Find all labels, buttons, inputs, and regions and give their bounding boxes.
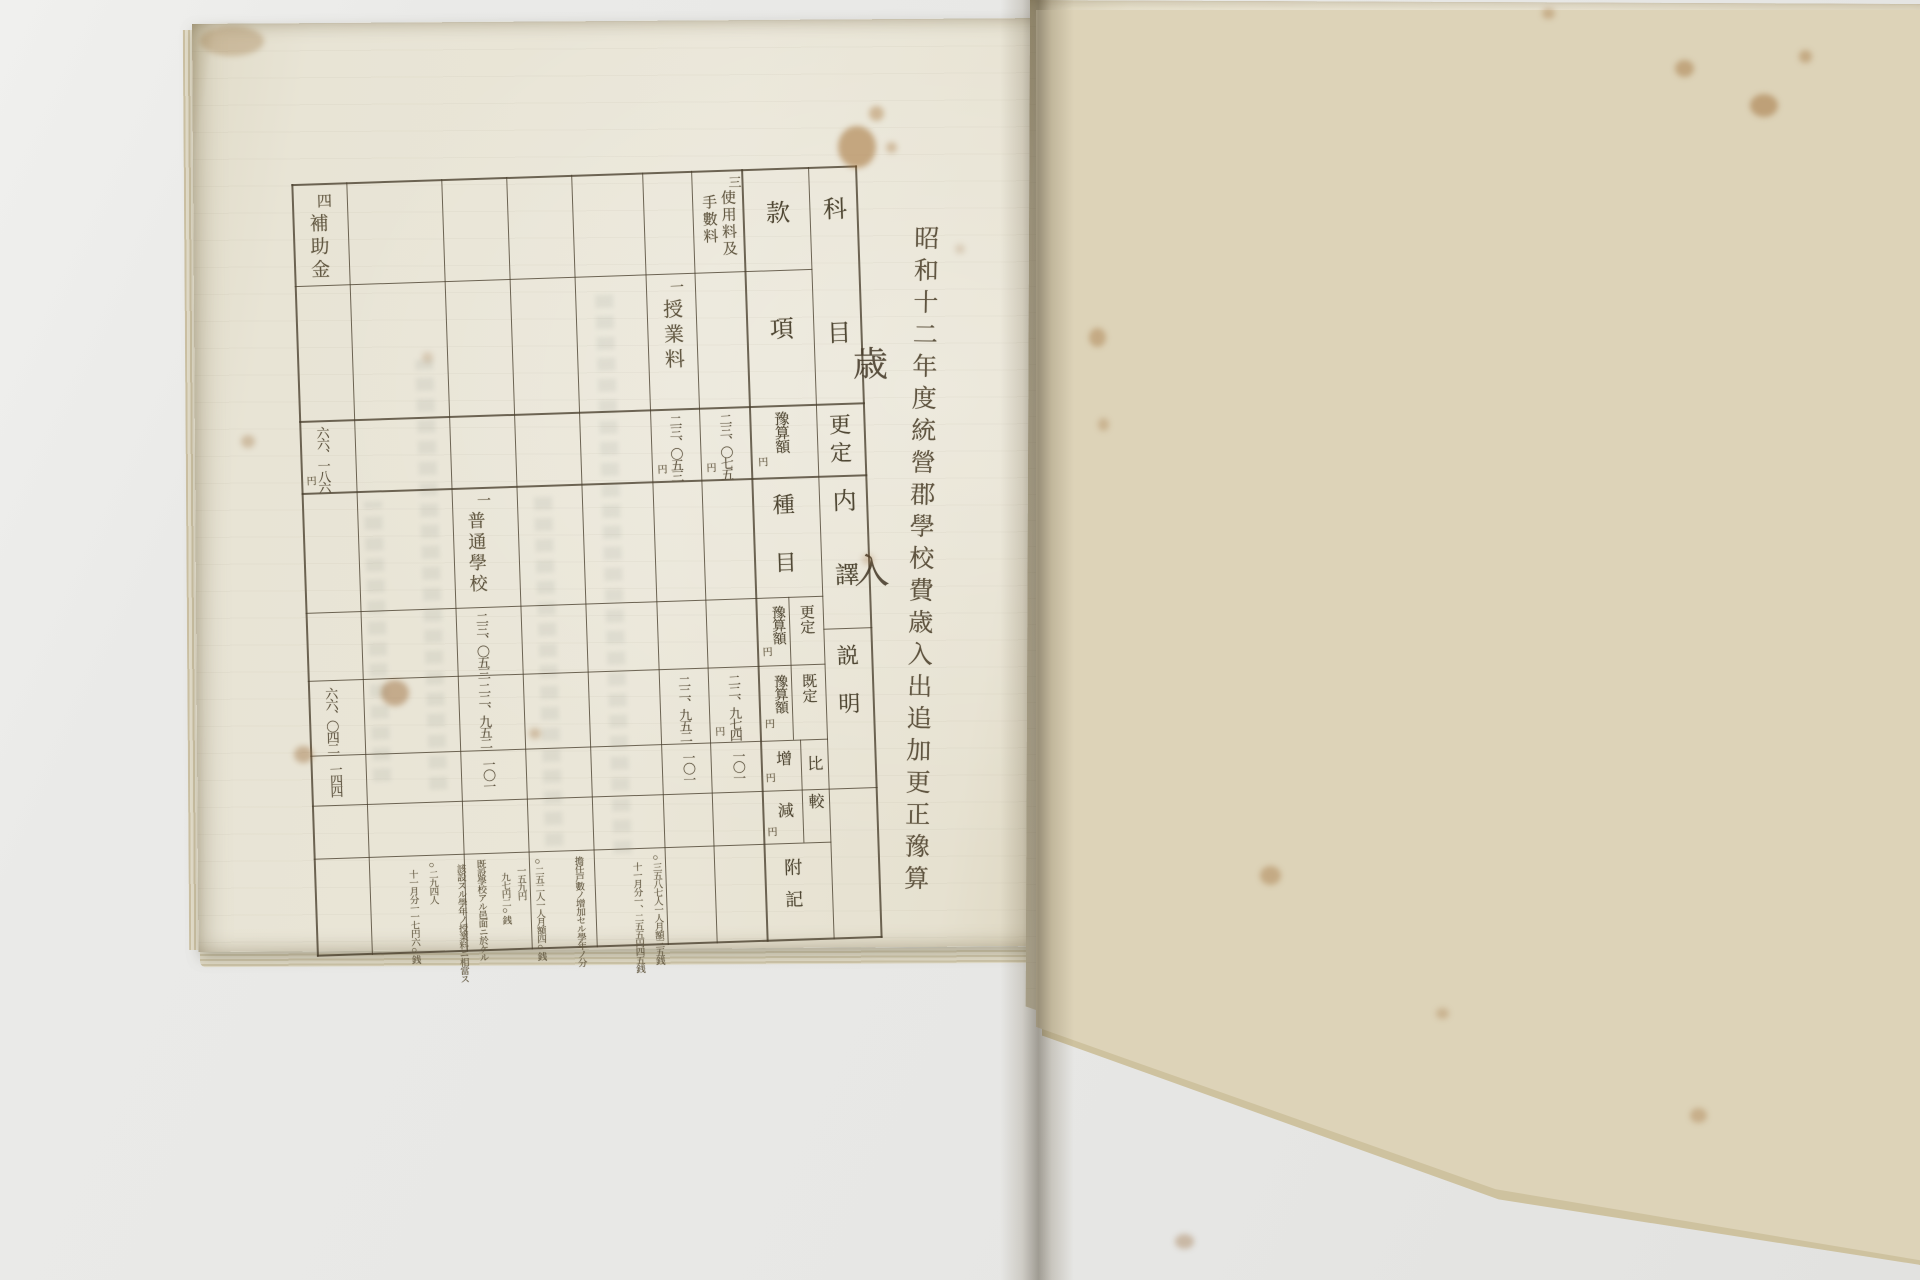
stain <box>1799 50 1812 63</box>
table-line <box>291 165 857 186</box>
stain <box>1175 1234 1194 1249</box>
table-line <box>855 165 883 938</box>
entry-shumoku-increase: 一〇一 <box>481 758 495 791</box>
entry-kan3-number: 三 <box>727 175 740 188</box>
stain <box>381 680 409 706</box>
stain <box>529 728 541 739</box>
header-ko: 項 <box>766 316 791 341</box>
note-column: 既設學校アル邑面ニ於ケル <box>474 859 487 961</box>
stain <box>294 746 313 763</box>
yen-mark: 円 <box>762 718 772 728</box>
stain <box>1260 866 1281 885</box>
table-line <box>642 172 669 945</box>
yen-mark: 円 <box>756 457 766 467</box>
header-kamoku: 科目 <box>819 196 851 445</box>
table-line <box>506 177 533 950</box>
table-line <box>788 597 794 740</box>
yen-mark: 円 <box>763 772 773 782</box>
entry-kan3-previous: 二二、九七四 <box>727 674 742 740</box>
header-yosangaku: 豫算額 <box>772 411 788 453</box>
stain <box>1542 8 1555 19</box>
entry-kan3-name2: 手數料 <box>700 194 717 245</box>
table-line <box>741 169 769 942</box>
stain <box>241 435 255 448</box>
table-line <box>346 182 373 955</box>
entry-shumoku-number: 一 <box>475 493 489 507</box>
bleed-through <box>415 360 447 790</box>
stain <box>422 352 433 363</box>
entry-shumoku-revised: 二三、〇五三 <box>475 612 490 678</box>
stain <box>1436 1008 1449 1019</box>
table-line <box>308 664 826 682</box>
header-kan: 款 <box>762 200 787 225</box>
table-line <box>823 627 872 630</box>
stain <box>886 142 897 153</box>
table-line <box>314 842 832 860</box>
note-column: ○三五八七人一人月額三五銭 <box>650 853 663 964</box>
entry-kan4-previous: 六六、〇四二 <box>324 687 339 753</box>
stain <box>1089 328 1106 347</box>
entry-kan4-increase: 一四四 <box>329 763 343 796</box>
budget-table: 科目 更定 内譯 説明 款 項 豫算額 円 種目 更定 豫算額 円 既定 豫算額… <box>291 165 882 956</box>
left-page: 昭和十二年度統營郡學校費歳入出追加更正豫算 歳入 <box>192 18 1056 952</box>
table-line <box>295 269 813 287</box>
yen-mark: 円 <box>704 462 714 472</box>
stain <box>862 554 874 565</box>
table-line <box>800 740 804 843</box>
stain <box>1690 1108 1707 1123</box>
header-kotei: 更定 <box>827 413 851 470</box>
entry-ko1-increase: 一〇一 <box>681 751 695 784</box>
header-kotei-yosangaku-sub: 豫算額 <box>770 605 785 644</box>
bleed-through <box>364 501 391 781</box>
table-line <box>310 739 828 757</box>
entry-kan3-increase: 一〇一 <box>731 749 745 782</box>
entry-kan4-name: 補助金 <box>307 213 328 283</box>
stain <box>838 126 876 168</box>
note-column: 九七円二○銭 <box>498 872 509 924</box>
stain <box>1750 94 1778 117</box>
under-sheet <box>1036 10 1920 1278</box>
table-line <box>808 167 835 940</box>
yen-mark: 円 <box>760 647 770 657</box>
note-column: ○二九四人 <box>426 861 437 904</box>
entry-ko1-name: 授業料 <box>660 298 682 374</box>
header-zo: 增 <box>773 750 790 767</box>
table-line <box>291 184 319 957</box>
entry-kan3-name: 使用料及 <box>719 189 736 257</box>
note-column: 一五九円 <box>514 866 525 900</box>
stain <box>955 244 965 254</box>
entry-kan3-revised: 二三、〇七五 <box>718 413 733 479</box>
entry-ko1-number: 一 <box>668 279 682 293</box>
table-line <box>441 179 468 952</box>
entry-shumoku-name: 普通學校 <box>466 511 487 596</box>
header-fuki: 附記 <box>783 858 803 923</box>
book-gutter-shadow <box>1000 0 1074 1280</box>
header-setsumei: 説明 <box>835 644 860 741</box>
entry-kan4-revised: 六六、一八六 <box>315 426 330 492</box>
table-line <box>299 402 865 423</box>
note-column: ○二五二人一人月額四○銭 <box>532 857 545 960</box>
entry-ko1-previous: 二二、九五二 <box>677 675 692 741</box>
bleed-through <box>534 496 564 846</box>
yen-mark: 円 <box>304 476 314 486</box>
header-gen: 減 <box>775 802 792 819</box>
left-page-section-revenue: 歳入 <box>850 345 888 759</box>
header-shumoku: 種目 <box>771 493 797 610</box>
left-page-title: 昭和十二年度統營郡學校費歳入出追加更正豫算 <box>901 225 937 897</box>
bleed-through <box>595 294 632 854</box>
yen-mark: 円 <box>765 826 775 836</box>
table-line <box>302 474 868 495</box>
note-column: 十一月分一一七円六○銭 <box>406 869 419 963</box>
entry-kan4-number: 四 <box>315 193 330 208</box>
stain <box>869 106 884 121</box>
table-line <box>312 787 878 807</box>
stain <box>1098 418 1109 431</box>
yen-mark: 円 <box>655 464 665 474</box>
open-ledger-photo: 昭和十二年度統營郡學校費歳入出追加更正豫算 歳入 <box>0 0 1920 1280</box>
header-kotei-yosangaku: 更定 <box>798 604 814 634</box>
header-hikaku: 比較 <box>805 755 824 831</box>
header-uchiwake: 内譯 <box>829 488 858 637</box>
yen-mark: 円 <box>713 726 723 736</box>
stain <box>1675 60 1694 77</box>
table-line <box>571 175 598 948</box>
table-line <box>306 596 824 614</box>
entry-ko1-revised: 二三、〇五三 <box>668 414 683 480</box>
stain <box>200 26 264 56</box>
header-kitei-yosangaku-sub: 豫算額 <box>772 674 787 713</box>
entry-shumoku-previous: 二二、九五二 <box>477 682 492 748</box>
header-kitei-yosangaku: 既定 <box>800 673 816 703</box>
table-line <box>691 171 718 944</box>
